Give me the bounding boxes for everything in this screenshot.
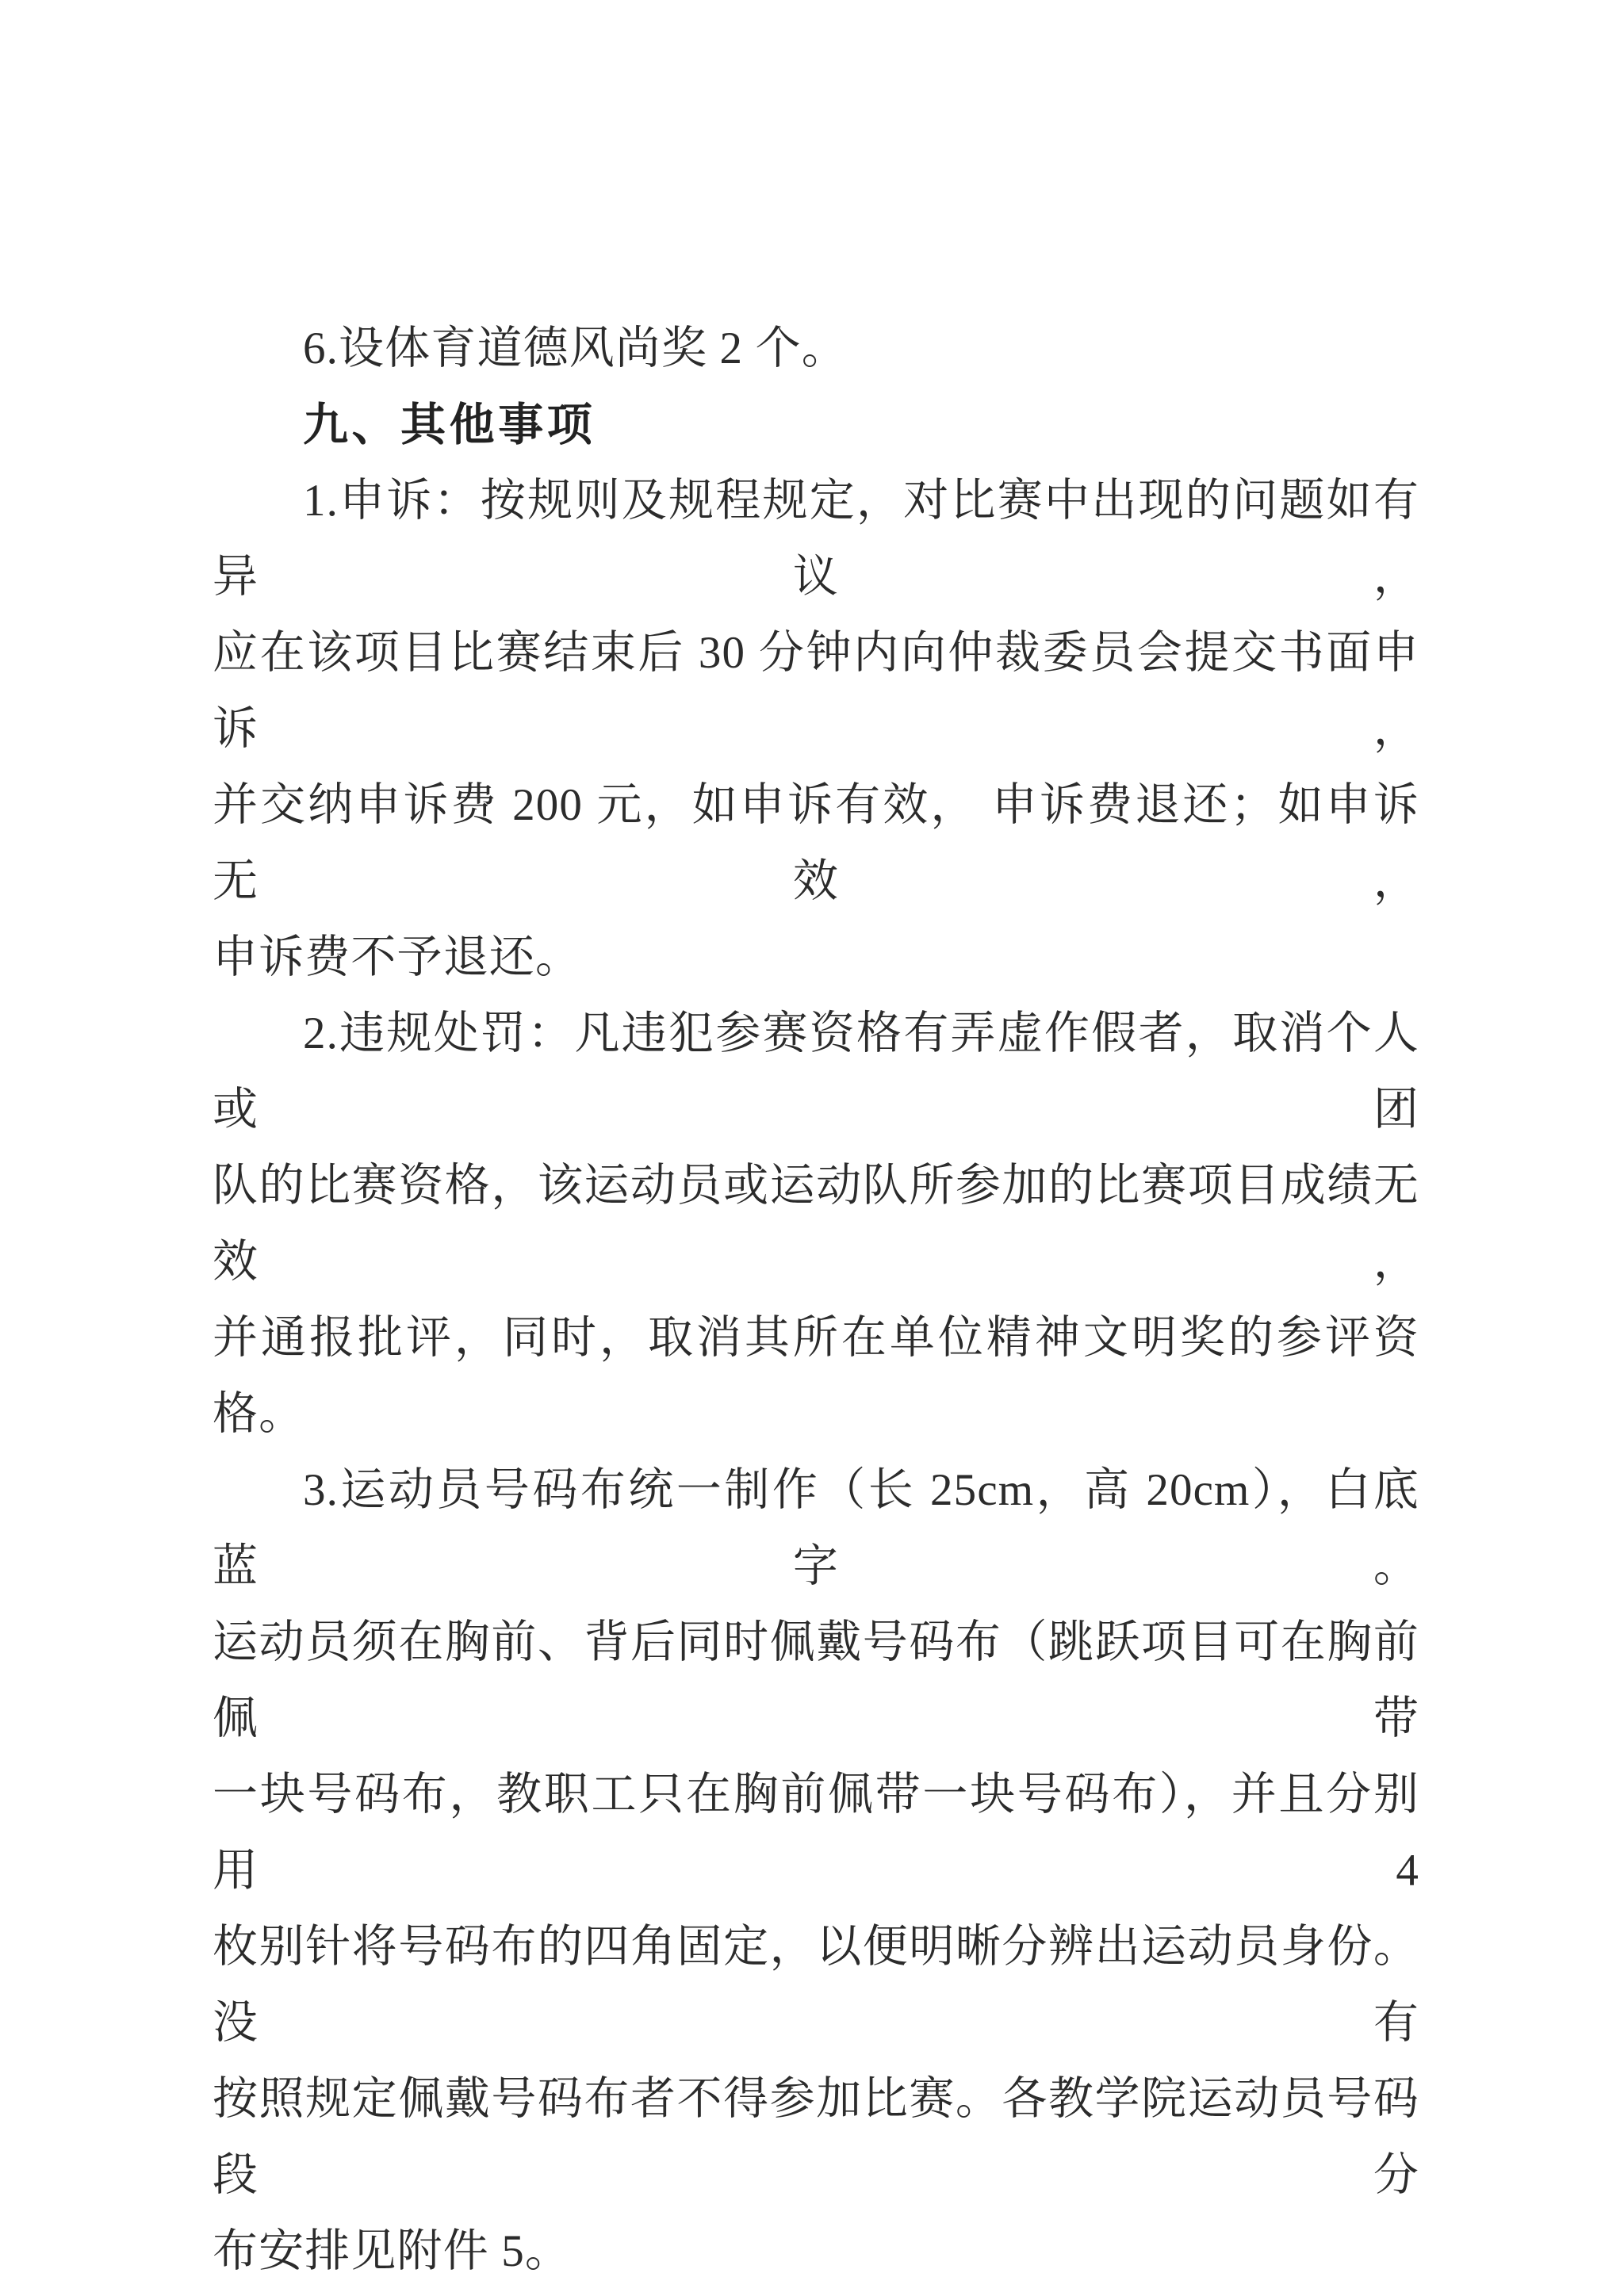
text-line: 布安排见附件 5。 [213,2214,1419,2290]
text-line: 2.违规处罚：凡违犯参赛资格有弄虚作假者，取消个人或团 [213,996,1419,1148]
text-line: 1.申诉：按规则及规程规定，对比赛中出现的问题如有异议， [213,463,1419,615]
text-line: 枚别针将号码布的四角固定，以便明晰分辨出运动员身份。没有 [213,1909,1419,2061]
text-line: 并交纳申诉费 200 元，如申诉有效， 申诉费退还；如申诉无效， [213,767,1419,920]
text-line: 应在该项目比赛结束后 30 分钟内向仲裁委员会提交书面申诉， [213,615,1419,767]
text-line: 申诉费不予退还。 [213,920,1419,996]
document-body: 6.设体育道德风尚奖 2 个。九、其他事项1.申诉：按规则及规程规定，对比赛中出… [213,311,1419,2290]
text-line: 队的比赛资格，该运动员或运动队所参加的比赛项目成绩无效， [213,1148,1419,1300]
document-page: 6.设体育道德风尚奖 2 个。九、其他事项1.申诉：按规则及规程规定，对比赛中出… [0,0,1624,2296]
section-heading: 九、其他事项 [213,387,1419,463]
text-line: 一块号码布，教职工只在胸前佩带一块号码布），并且分别用 4 [213,1757,1419,1909]
text-line: 并通报批评，同时，取消其所在单位精神文明奖的参评资格。 [213,1300,1419,1452]
text-line: 按照规定佩戴号码布者不得参加比赛。各教学院运动员号码段分 [213,2061,1419,2214]
text-line: 运动员须在胸前、背后同时佩戴号码布（跳跃项目可在胸前佩带 [213,1605,1419,1757]
text-line: 6.设体育道德风尚奖 2 个。 [213,311,1419,387]
text-line: 3.运动员号码布统一制作（长 25cm，高 20cm），白底蓝字。 [213,1452,1419,1605]
